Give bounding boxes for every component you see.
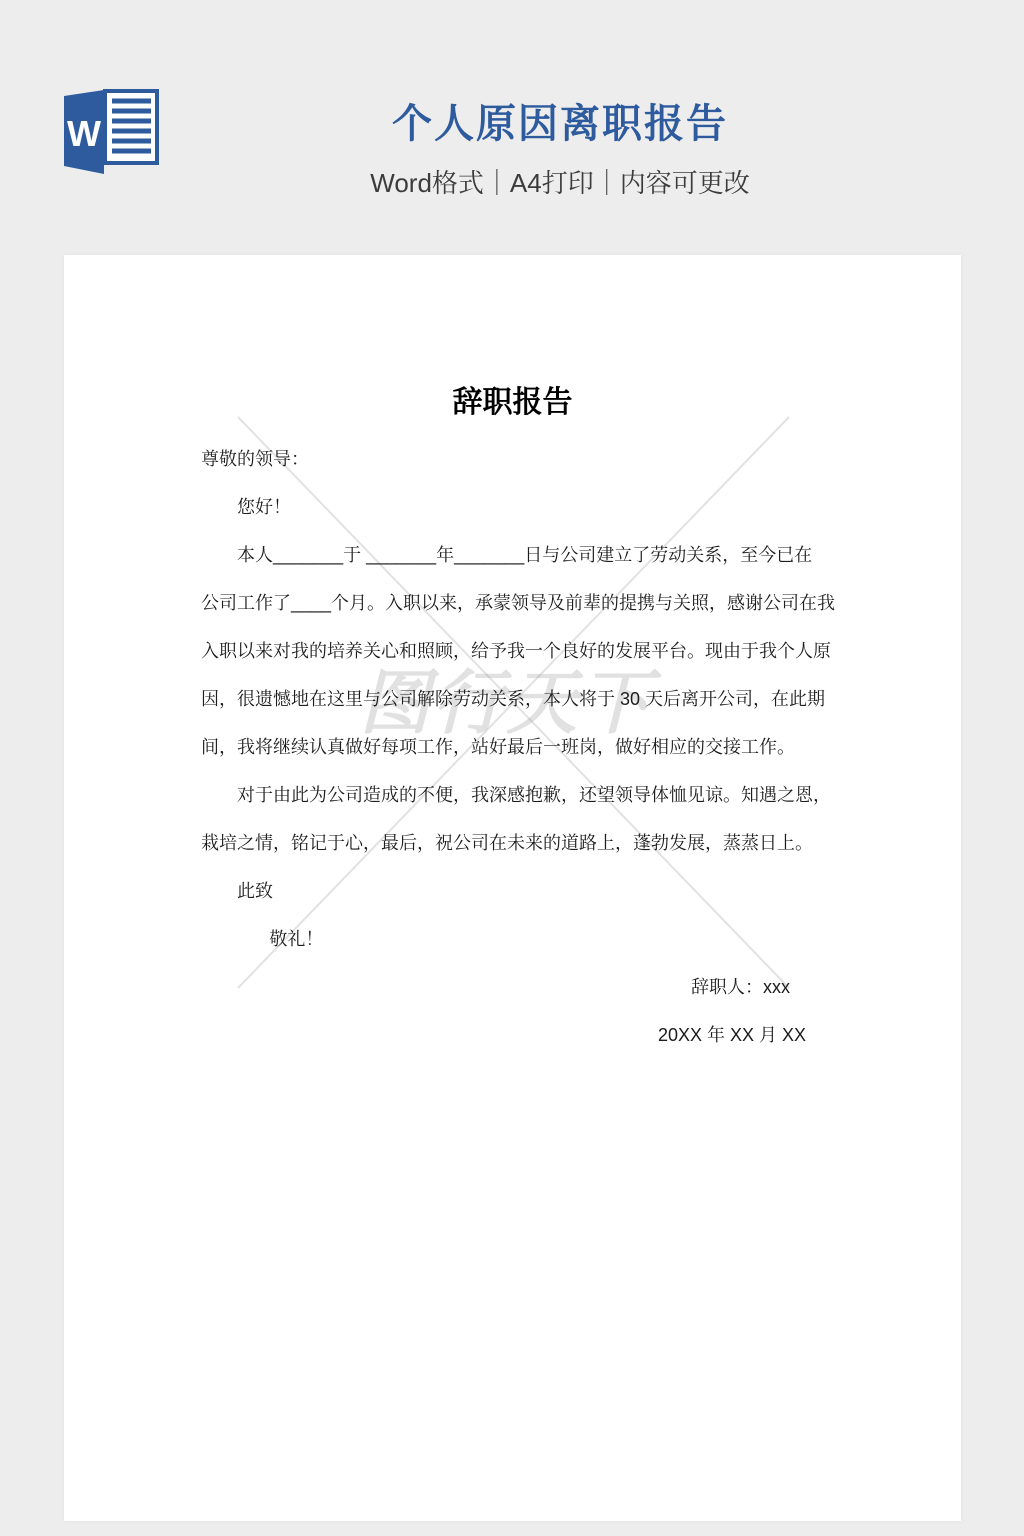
letter-salutation: 尊敬的领导：	[201, 435, 824, 483]
letter-closing: 此致	[201, 867, 824, 915]
letter-body-line: 公司工作了____个月。入职以来，承蒙领导及前辈的提携与关照，感谢公司在我	[201, 579, 824, 627]
template-title: 个人原因离职报告	[96, 0, 1024, 149]
letter-signer: 辞职人：xxx	[201, 963, 824, 1011]
letter-body-line: 间，我将继续认真做好每项工作，站好最后一班岗，做好相应的交接工作。	[201, 723, 824, 771]
letter-date: 20XX 年 XX 月 XX	[201, 1011, 824, 1059]
template-header: W 个人原因离职报告 Word格式｜A4打印｜内容可更改	[0, 0, 1024, 255]
letter-salute: 敬礼！	[201, 915, 824, 963]
header-text-block: 个人原因离职报告 Word格式｜A4打印｜内容可更改	[96, 0, 1024, 200]
template-subtitle: Word格式｜A4打印｜内容可更改	[96, 163, 1024, 200]
letter-body-line: 入职以来对我的培养关心和照顾，给予我一个良好的发展平台。现由于我个人原	[201, 627, 824, 675]
document-page: 图行天下 辞职报告 尊敬的领导： 您好！ 本人_______于 _______年…	[64, 255, 961, 1521]
word-icon-letter: W	[67, 113, 101, 154]
letter-title: 辞职报告	[201, 379, 824, 427]
letter-greeting: 您好！	[201, 483, 824, 531]
letter-content: 辞职报告 尊敬的领导： 您好！ 本人_______于 _______年_____…	[64, 379, 961, 1059]
letter-body-line: 本人_______于 _______年_______日与公司建立了劳动关系，至今…	[201, 531, 824, 579]
word-icon: W	[64, 88, 176, 192]
letter-body-line: 因，很遗憾地在这里与公司解除劳动关系，本人将于 30 天后离开公司，在此期	[201, 675, 824, 723]
letter-body-line: 对于由此为公司造成的不便，我深感抱歉，还望领导体恤见谅。知遇之恩，	[201, 771, 824, 819]
letter-body-line: 栽培之情，铭记于心，最后，祝公司在未来的道路上，蓬勃发展，蒸蒸日上。	[201, 819, 824, 867]
